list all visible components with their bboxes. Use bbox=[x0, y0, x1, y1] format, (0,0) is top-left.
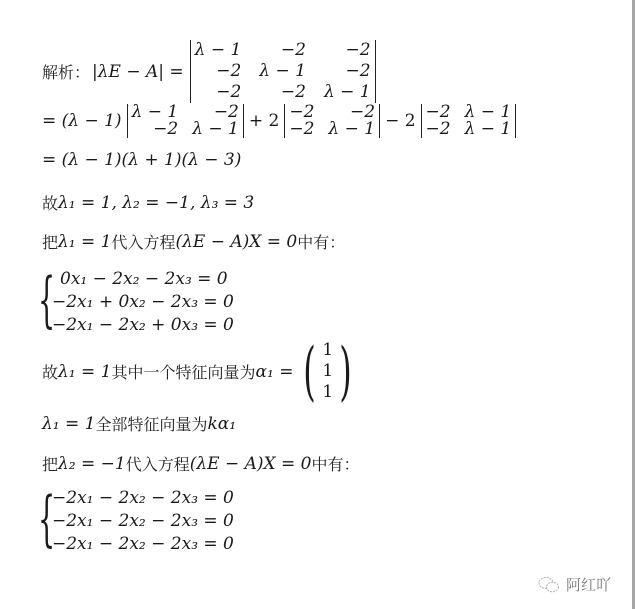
equation-system-1: { 0x₁ − 2x₂ − 2x₃ = 0 −2x₁ + 0x₂ − 2x₃ =… bbox=[38, 268, 234, 337]
substitute-lambda1-line: 把 λ₁ = 1 代入方程 (λE − A)X = 0 中有： bbox=[42, 230, 345, 253]
determinant-line: 解析： |λE − A| = λ − 1−2−2 −2λ − 1−2 −2−2λ… bbox=[42, 40, 376, 103]
equation: −2x₁ − 2x₂ − 2x₃ = 0 bbox=[52, 487, 234, 510]
column-vector: ( 1 1 1 ) bbox=[297, 340, 358, 403]
det-3x3: λ − 1−2−2 −2λ − 1−2 −2−2λ − 1 bbox=[190, 40, 376, 103]
left-brace: { bbox=[38, 268, 44, 337]
analysis-label: 解析： bbox=[42, 60, 90, 83]
det-2x2-1: λ − 1−2 −2λ − 1 bbox=[127, 104, 244, 138]
expansion-prefix: = (λ − 1) bbox=[42, 111, 122, 131]
wechat-icon bbox=[538, 576, 560, 594]
equation-system-2: { −2x₁ − 2x₂ − 2x₃ = 0 −2x₁ − 2x₂ − 2x₃ … bbox=[38, 487, 234, 556]
det-2x2-2: −2−2 −2λ − 1 bbox=[284, 104, 380, 138]
eigenvector-line: 故 λ₁ = 1 其中一个特征向量为 α₁ = ( 1 1 1 ) bbox=[42, 340, 358, 403]
det-2x2-3: −2λ − 1 −2λ − 1 bbox=[421, 104, 517, 138]
substitute-lambda2-line: 把 λ₂ = −1 代入方程 (λE − A)X = 0 中有： bbox=[42, 452, 360, 475]
eigenvalues-line: 故 λ₁ = 1, λ₂ = −1, λ₃ = 3 bbox=[42, 191, 254, 214]
watermark: 阿红吖 bbox=[538, 574, 611, 595]
equation: −2x₁ − 2x₂ − 2x₃ = 0 bbox=[52, 510, 234, 533]
expansion-line: = (λ − 1) λ − 1−2 −2λ − 1 + 2 −2−2 −2λ −… bbox=[42, 104, 516, 138]
equation: 0x₁ − 2x₂ − 2x₃ = 0 bbox=[52, 268, 234, 291]
left-brace: { bbox=[38, 487, 44, 556]
all-eigenvectors-line: λ₁ = 1 全部特征向量为 kα₁ bbox=[42, 412, 236, 435]
operator-minus: − 2 bbox=[385, 111, 415, 131]
watermark-text: 阿红吖 bbox=[566, 574, 611, 595]
equation: −2x₁ + 0x₂ − 2x₃ = 0 bbox=[52, 291, 234, 314]
equation: −2x₁ − 2x₂ − 2x₃ = 0 bbox=[52, 533, 234, 556]
factored-result: = (λ − 1)(λ + 1)(λ − 3) bbox=[42, 150, 241, 170]
operator-plus: + 2 bbox=[249, 111, 279, 131]
equation: −2x₁ − 2x₂ + 0x₃ = 0 bbox=[52, 314, 234, 337]
lhs-expression: |λE − A| = bbox=[92, 62, 184, 82]
